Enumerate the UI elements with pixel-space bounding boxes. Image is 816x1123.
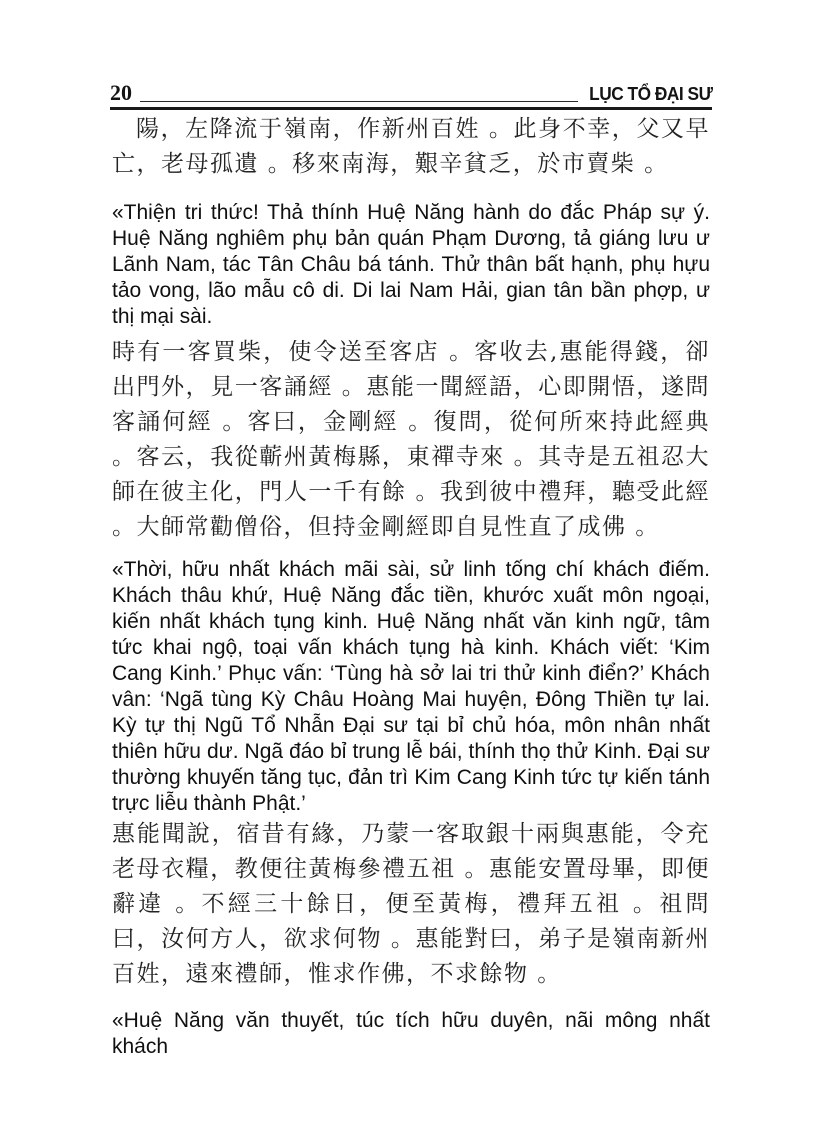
page-number: 20: [110, 82, 132, 104]
header-divider-line: [140, 100, 578, 102]
header-rule: [110, 107, 712, 110]
book-page: 20 LỤC TỔ ĐẠI SƯ 陽，左降流于嶺南，作新州百姓 。此身不幸，父又…: [0, 0, 816, 1123]
vietnamese-paragraph: «Huệ Năng văn thuyết, túc tích hữu duyên…: [112, 1008, 710, 1060]
page-header: 20 LỤC TỔ ĐẠI SƯ: [110, 82, 712, 104]
vietnamese-paragraph: «Thời, hữu nhất khách mãi sài, sử linh t…: [112, 557, 710, 817]
chinese-paragraph: 惠能聞說，宿昔有緣，乃蒙一客取銀十兩與惠能，令充老母衣糧，教便往黃梅參禮五祖 。…: [112, 817, 710, 992]
chinese-paragraph: 陽，左降流于嶺南，作新州百姓 。此身不幸，父又早亡，老母孤遺 。移來南海，艱辛貧…: [112, 112, 710, 182]
running-title: LỤC TỔ ĐẠI SƯ: [589, 84, 712, 104]
chinese-paragraph: 時有一客買柴，使令送至客店 。客收去,惠能得錢，卻出門外，見一客誦經 。惠能一聞…: [112, 335, 710, 545]
vietnamese-paragraph: «Thiện tri thức! Thả thính Huệ Năng hành…: [112, 200, 710, 330]
page-content: 陽，左降流于嶺南，作新州百姓 。此身不幸，父又早亡，老母孤遺 。移來南海，艱辛貧…: [112, 112, 710, 1060]
